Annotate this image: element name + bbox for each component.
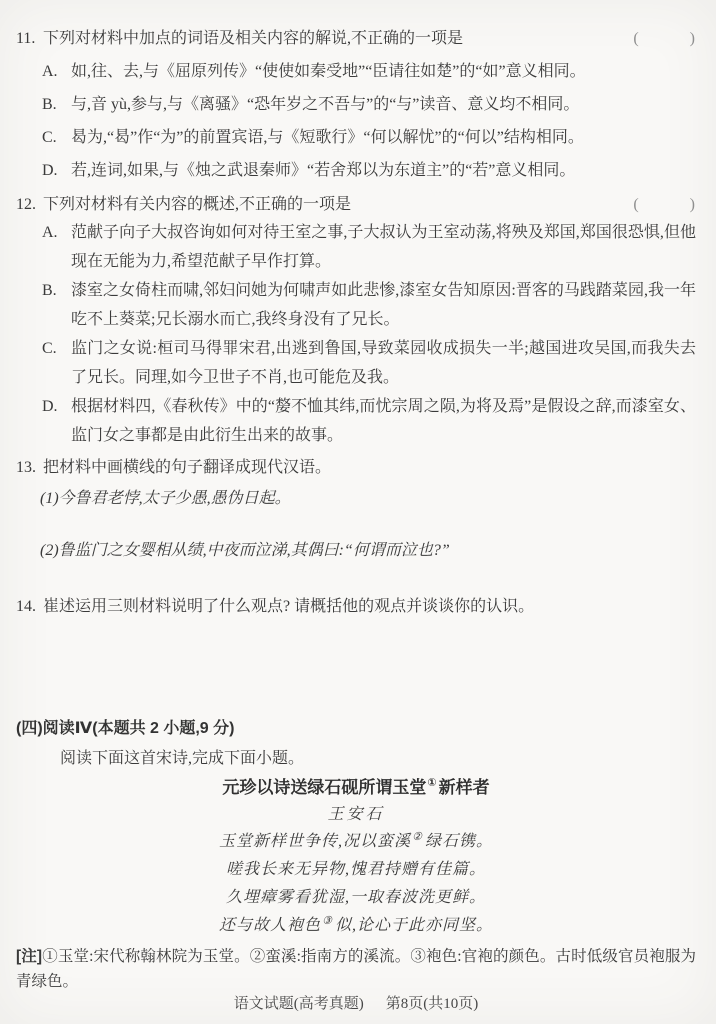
poem-line-3: 久埋瘴雾看犹湿,一取春波洗更鲜。 xyxy=(16,884,696,912)
option-label: D. xyxy=(42,158,71,184)
question-stem: 下列对材料中加点的词语及相关内容的解说,不正确的一项是 xyxy=(43,26,633,52)
poem-title-text: 新样者 xyxy=(439,778,490,797)
option-text: 若,连词,如果,与《烛之武退秦师》“若舍郑以为东道主”的“若”意义相同。 xyxy=(71,158,696,184)
option-label: A. xyxy=(42,218,71,276)
question-13-stem-row: 13. 把材料中画横线的句子翻译成现代汉语。 xyxy=(16,455,696,481)
option-text: 根据材料四,《春秋传》中的“嫠不恤其纬,而忧宗周之陨,为将及焉”是假设之辞,而漆… xyxy=(71,392,696,450)
question-number: 11. xyxy=(16,26,43,52)
option-row-a: A. 如,往、去,与《屈原列传》“使使如秦受地”“臣请往如楚”的“如”意义相同。 xyxy=(16,59,696,85)
option-row-a: A. 范献子向子大叔咨询如何对待王室之事,子大叔认为王室动荡,将殃及郑国,郑国很… xyxy=(16,218,696,276)
option-text: 如,往、去,与《屈原列传》“使使如秦受地”“臣请往如楚”的“如”意义相同。 xyxy=(71,59,696,85)
section-heading: (四)阅读Ⅳ(本题共 2 小题,9 分) xyxy=(16,716,696,742)
option-row-c: C. 曷为,“曷”作“为”的前置宾语,与《短歌行》“何以解忧”的“何以”结构相同… xyxy=(16,125,696,151)
poem-line-text: 嗟我长来无异物,愧君持赠有佳篇。 xyxy=(226,861,486,878)
answer-bracket: ( ) xyxy=(633,192,696,218)
footnote-marker-2: ② xyxy=(412,831,423,843)
poem-line-2: 嗟我长来无异物,愧君持赠有佳篇。 xyxy=(16,856,696,884)
option-text: 漆室之女倚柱而啸,邻妇问她为何啸声如此悲惨,漆室女告知原因:晋客的马践踏菜园,我… xyxy=(71,276,696,334)
reading-intro: 阅读下面这首宋诗,完成下面小题。 xyxy=(16,746,696,772)
question-11-stem-row: 11. 下列对材料中加点的词语及相关内容的解说,不正确的一项是 ( ) xyxy=(16,26,696,52)
option-row-b: B. 漆室之女倚柱而啸,邻妇问她为何啸声如此悲惨,漆室女告知原因:晋客的马践踏菜… xyxy=(16,276,696,334)
question-stem: 崔述运用三则材料说明了什么观点? 请概括他的观点并谈谈你的认识。 xyxy=(43,594,696,620)
question-14-stem-row: 14. 崔述运用三则材料说明了什么观点? 请概括他的观点并谈谈你的认识。 xyxy=(16,594,696,620)
option-row-c: C. 监门之女说:桓司马得罪宋君,出逃到鲁国,导致菜园收成损失一半;越国进攻吴国… xyxy=(16,334,696,392)
option-label: A. xyxy=(42,59,71,85)
question-14: 14. 崔述运用三则材料说明了什么观点? 请概括他的观点并谈谈你的认识。 xyxy=(16,594,696,620)
poem-author: 王安石 xyxy=(16,802,696,828)
exam-page: 11. 下列对材料中加点的词语及相关内容的解说,不正确的一项是 ( ) A. 如… xyxy=(0,0,716,1024)
option-row-d: D. 若,连词,如果,与《烛之武退秦师》“若舍郑以为东道主”的“若”意义相同。 xyxy=(16,158,696,184)
poem-line-text: 绿石镌。 xyxy=(425,833,493,850)
footer-page-number: 第8页(共10页) xyxy=(386,996,479,1012)
question-number: 14. xyxy=(16,594,43,620)
question-number: 12. xyxy=(16,192,43,218)
poem-line-4: 还与故人袍色③似,论心于此亦同坚。 xyxy=(16,912,696,940)
question-13: 13. 把材料中画横线的句子翻译成现代汉语。 (1)今鲁君老悖,太子少愚,愚伪日… xyxy=(16,455,696,564)
poem-line-text: 似,论心于此亦同坚。 xyxy=(335,917,493,934)
option-row-b: B. 与,音 yù,参与,与《离骚》“恐年岁之不吾与”的“与”读音、意义均不相同… xyxy=(16,92,696,118)
poem-line-text: 玉堂新样世争传,况以蛮溪 xyxy=(219,833,411,850)
sub-question-1: (1)今鲁君老悖,太子少愚,愚伪日起。 xyxy=(16,486,696,512)
poem-line-text: 久埋瘴雾看犹湿,一取春波洗更鲜。 xyxy=(226,889,486,906)
question-12: 12. 下列对材料有关内容的概述,不正确的一项是 ( ) A. 范献子向子大叔咨… xyxy=(16,192,696,450)
option-text: 与,音 yù,参与,与《离骚》“恐年岁之不吾与”的“与”读音、意义均不相同。 xyxy=(71,92,696,118)
option-label: B. xyxy=(42,92,71,118)
option-label: C. xyxy=(42,334,71,392)
footnote-marker-3: ③ xyxy=(322,915,333,927)
poem-line-text: 还与故人袍色 xyxy=(219,917,321,934)
sub-question-2: (2)鲁监门之女婴相从绩,中夜而泣涕,其偶曰:“何谓而泣也?” xyxy=(16,538,696,564)
poem-line-1: 玉堂新样世争传,况以蛮溪②绿石镌。 xyxy=(16,828,696,856)
reading-section-4: (四)阅读Ⅳ(本题共 2 小题,9 分) 阅读下面这首宋诗,完成下面小题。 元珍… xyxy=(16,716,696,994)
note-text: ①玉堂:宋代称翰林院为玉堂。②蛮溪:指南方的溪流。③袍色:官袍的颜色。古时低级官… xyxy=(16,948,696,990)
option-label: C. xyxy=(42,125,71,151)
option-row-d: D. 根据材料四,《春秋传》中的“嫠不恤其纬,而忧宗周之陨,为将及焉”是假设之辞… xyxy=(16,392,696,450)
question-11: 11. 下列对材料中加点的词语及相关内容的解说,不正确的一项是 ( ) A. 如… xyxy=(16,26,696,184)
option-label: D. xyxy=(42,392,71,450)
poem-title-text: 元珍以诗送绿石砚所谓玉堂 xyxy=(222,778,426,797)
option-text: 范献子向子大叔咨询如何对待王室之事,子大叔认为王室动荡,将殃及郑国,郑国很恐惧,… xyxy=(71,218,696,276)
question-number: 13. xyxy=(16,455,43,481)
option-text: 监门之女说:桓司马得罪宋君,出逃到鲁国,导致菜园收成损失一半;越国进攻吴国,而我… xyxy=(71,334,696,392)
option-text: 曷为,“曷”作“为”的前置宾语,与《短歌行》“何以解忧”的“何以”结构相同。 xyxy=(71,125,696,151)
footer-exam-title: 语文试题(高考真题) xyxy=(234,996,364,1012)
page-footer: 语文试题(高考真题)第8页(共10页) xyxy=(16,996,696,1013)
question-12-stem-row: 12. 下列对材料有关内容的概述,不正确的一项是 ( ) xyxy=(16,192,696,218)
poem-footnotes: [注]①玉堂:宋代称翰林院为玉堂。②蛮溪:指南方的溪流。③袍色:官袍的颜色。古时… xyxy=(16,944,696,994)
question-stem: 下列对材料有关内容的概述,不正确的一项是 xyxy=(43,192,633,218)
note-label: [注] xyxy=(16,948,42,965)
poem-title: 元珍以诗送绿石砚所谓玉堂①新样者 xyxy=(16,774,696,802)
poem: 元珍以诗送绿石砚所谓玉堂①新样者 王安石 玉堂新样世争传,况以蛮溪②绿石镌。 嗟… xyxy=(16,774,696,940)
footnote-marker-1: ① xyxy=(427,777,436,789)
answer-bracket: ( ) xyxy=(633,26,696,52)
option-label: B. xyxy=(42,276,71,334)
question-stem: 把材料中画横线的句子翻译成现代汉语。 xyxy=(43,455,696,481)
